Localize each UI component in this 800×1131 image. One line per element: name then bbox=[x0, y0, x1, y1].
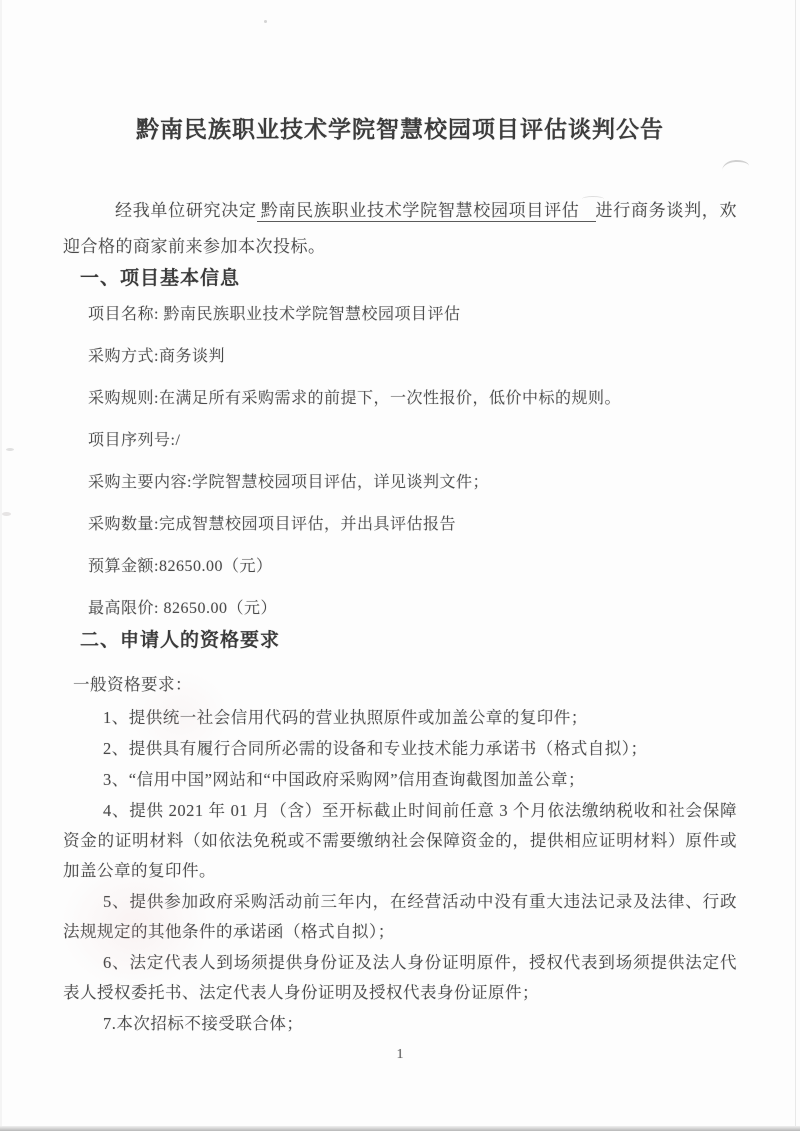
field-max-price: 最高限价: 82650.00（元） bbox=[88, 599, 737, 619]
scan-faint-dash bbox=[582, 196, 604, 202]
intro-text-before: 经我单位研究决定 bbox=[115, 201, 257, 220]
scan-speck bbox=[264, 20, 267, 23]
field-quantity: 采购数量:完成智慧校园项目评估，并出具评估报告 bbox=[88, 515, 737, 535]
intro-underlined-project-name: 黔南民族职业技术学院智慧校园项目评估 bbox=[257, 201, 596, 222]
scan-speck bbox=[2, 512, 11, 516]
requirement-item-5: 5、提供参加政府采购活动前三年内，在经营活动中没有重大违法记录及法律、行政法规规… bbox=[63, 887, 737, 947]
scan-speck bbox=[6, 448, 14, 451]
field-purchase-rule: 采购规则:在满足所有采购需求的前提下，一次性报价，低价中标的规则。 bbox=[88, 389, 737, 409]
section2-heading: 二、申请人的资格要求 bbox=[80, 627, 737, 655]
requirement-item-4: 4、提供 2021 年 01 月（含）至开标截止时间前任意 3 个月依法缴纳税收… bbox=[63, 796, 737, 886]
field-purchase-method: 采购方式:商务谈判 bbox=[88, 347, 737, 367]
page-bottom-edge bbox=[0, 1126, 800, 1131]
intro-paragraph: 经我单位研究决定黔南民族职业技术学院智慧校园项目评估进行商务谈判，欢迎合格的商家… bbox=[63, 193, 737, 265]
page-right-edge bbox=[795, 0, 796, 1131]
general-requirements-label: 一般资格要求： bbox=[73, 673, 737, 697]
page-left-edge bbox=[0, 0, 2, 1131]
requirement-item-2: 2、提供具有履行合同所必需的设备和专业技术能力承诺书（格式自拟）； bbox=[63, 734, 737, 764]
document-title: 黔南民族职业技术学院智慧校园项目评估谈判公告 bbox=[63, 113, 737, 147]
field-project-serial: 项目序列号:/ bbox=[88, 431, 737, 451]
section1-heading: 一、项目基本信息 bbox=[80, 265, 737, 293]
scan-pencil-mark bbox=[722, 159, 750, 171]
requirement-item-6: 6、法定代表人到场须提供身份证及法人身份证明原件，授权代表到场须提供法定代表人授… bbox=[63, 948, 737, 1008]
requirement-item-1: 1、提供统一社会信用代码的营业执照原件或加盖公章的复印件； bbox=[63, 703, 737, 733]
requirement-item-7: 7.本次招标不接受联合体； bbox=[63, 1009, 737, 1039]
requirements-list: 1、提供统一社会信用代码的营业执照原件或加盖公章的复印件； 2、提供具有履行合同… bbox=[63, 703, 737, 1039]
field-project-name: 项目名称: 黔南民族职业技术学院智慧校园项目评估 bbox=[88, 305, 737, 325]
project-info-fields: 项目名称: 黔南民族职业技术学院智慧校园项目评估 采购方式:商务谈判 采购规则:… bbox=[88, 305, 737, 619]
page-number: 1 bbox=[63, 1047, 737, 1063]
requirement-item-3: 3、“信用中国”网站和“中国政府采购网”信用查询截图加盖公章； bbox=[63, 765, 737, 795]
field-budget-amount: 预算金额:82650.00（元） bbox=[88, 557, 737, 577]
field-main-content: 采购主要内容:学院智慧校园项目评估，详见谈判文件； bbox=[88, 473, 737, 493]
scanned-document-page: 黔南民族职业技术学院智慧校园项目评估谈判公告 经我单位研究决定黔南民族职业技术学… bbox=[0, 0, 800, 1131]
